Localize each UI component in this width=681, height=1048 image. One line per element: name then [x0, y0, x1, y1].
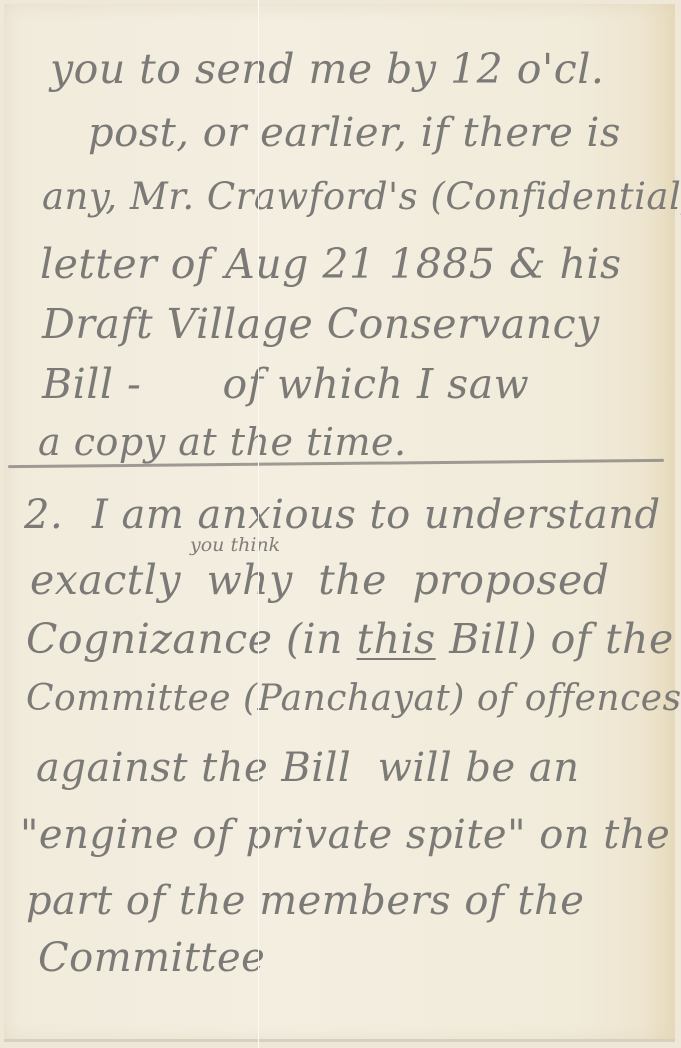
text-bill-of-the: Bill) of the — [449, 615, 674, 663]
letter-line-13: "engine of private spite" on the — [20, 812, 670, 858]
letter-line-8: I am anxious to understand — [92, 492, 661, 538]
text-cognizance: Cognizance (in — [26, 615, 343, 663]
paper-crease — [258, 0, 259, 1048]
letter-line-12: against the Bill will be an — [36, 745, 580, 791]
letter-line-3: any, Mr. Crawford's (Confidential) — [42, 175, 681, 218]
letter-line-10: Cognizance (in this Bill) of the — [26, 615, 674, 663]
letter-line-5: Draft Village Conservancy — [42, 300, 600, 348]
letter-line-9: exactly why the proposed — [30, 556, 609, 604]
letter-line-7: a copy at the time. — [38, 420, 407, 464]
letter-line-2: post, or earlier, if there is — [88, 110, 621, 156]
letter-line-14: part of the members of the — [26, 878, 584, 924]
letter-line-15: Committee — [38, 935, 265, 981]
letter-line-6: Bill - of which I saw — [42, 360, 529, 408]
letter-line-1: you to send me by 12 o'cl. — [50, 45, 604, 93]
paper-bottom-edge — [4, 1039, 675, 1042]
interlinear-insertion: you think — [190, 534, 280, 556]
underlined-word: this — [357, 615, 436, 663]
letter-line-4: letter of Aug 21 1885 & his — [40, 240, 622, 288]
paragraph-number: 2. — [24, 492, 63, 538]
letter-line-11: Committee (Panchayat) of offences — [26, 678, 681, 719]
